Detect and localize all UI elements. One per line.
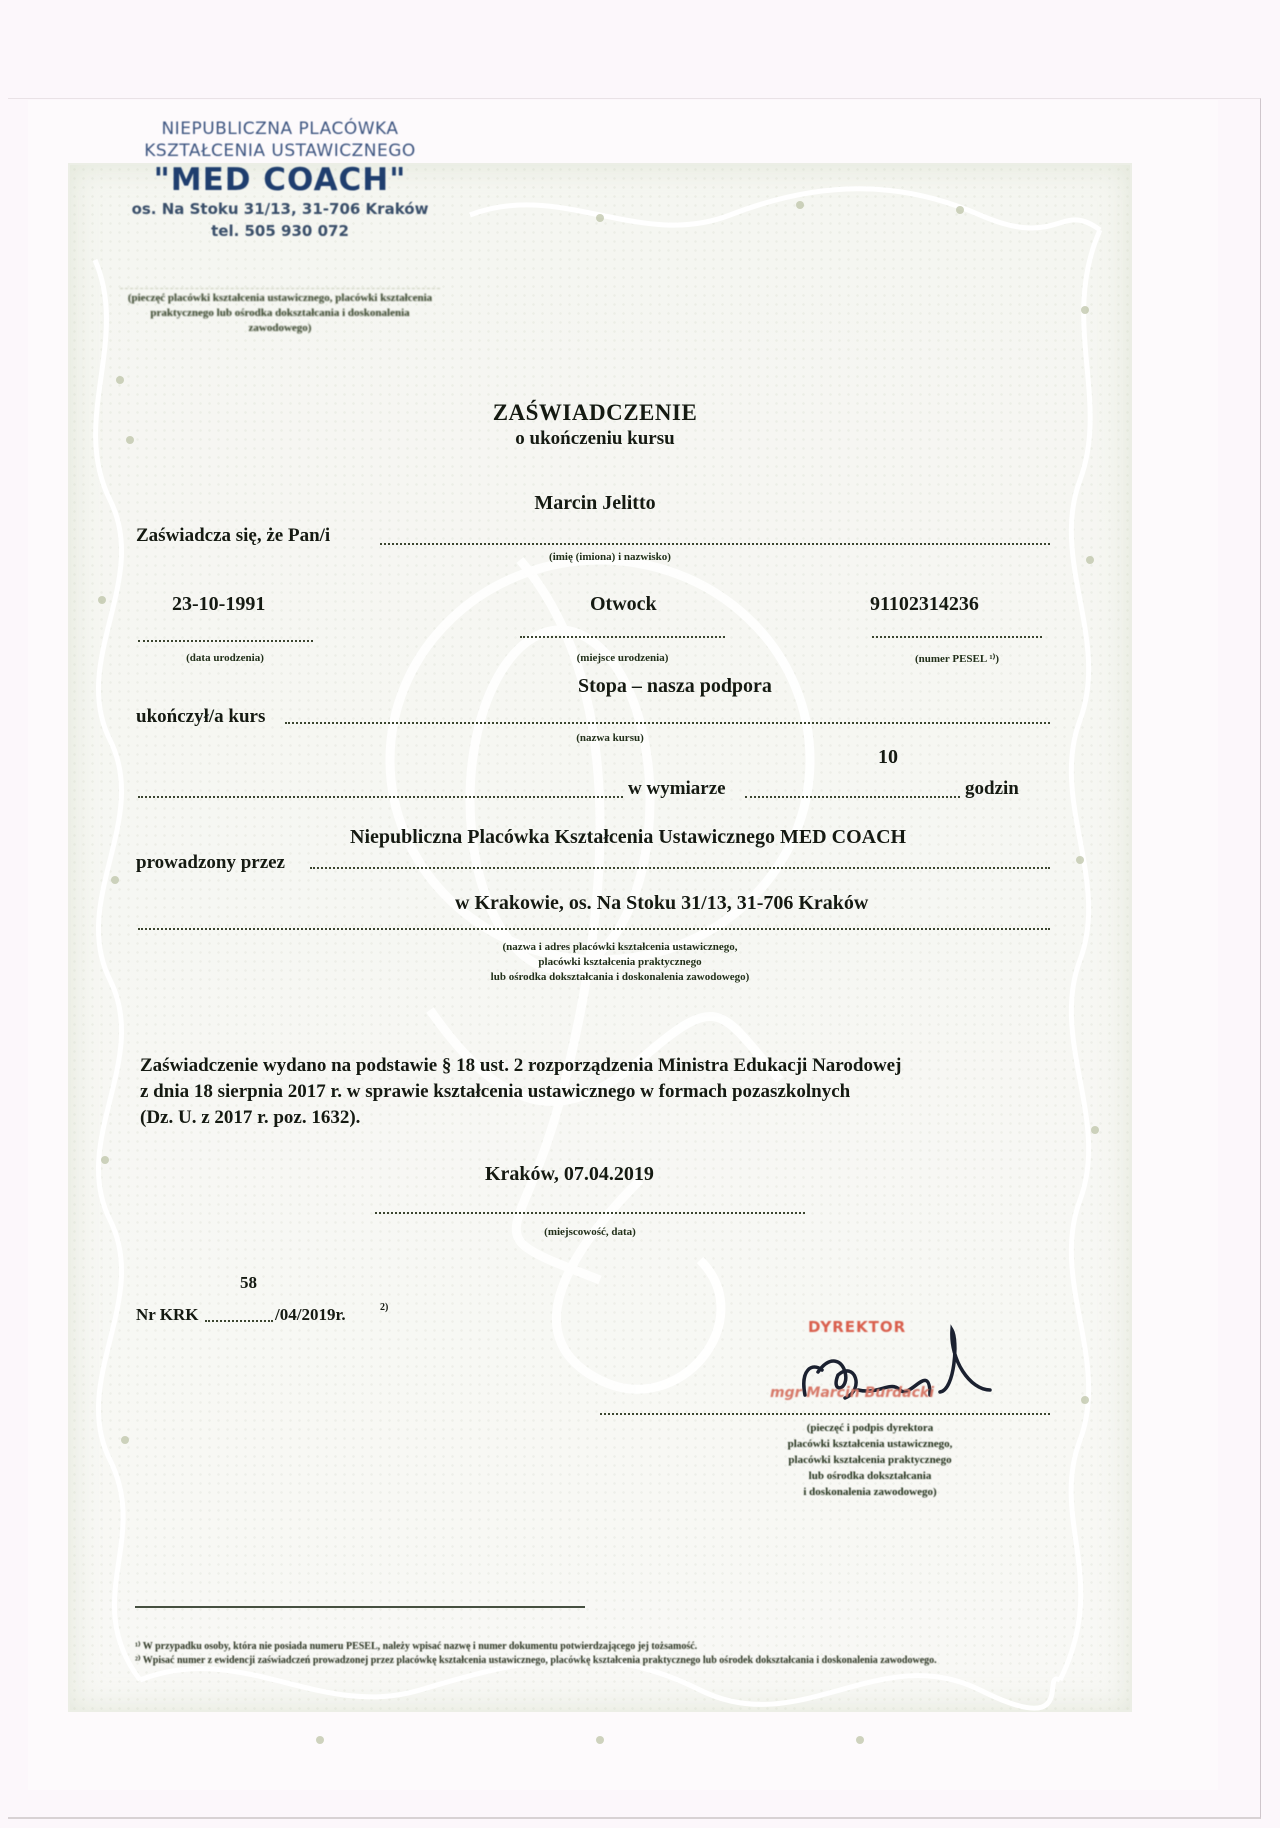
title-main: ZAŚWIADCZENIE xyxy=(0,400,1190,426)
hours-leading-dotted-line xyxy=(138,796,623,798)
provider-caption-line-1: (nazwa i adres placówki kształcenia usta… xyxy=(440,940,800,955)
signature-caption-line-3: placówki kształcenia praktycznego xyxy=(740,1452,1000,1468)
full-name-caption: (imię (imiona) i nazwisko) xyxy=(480,551,740,563)
legal-basis-line-1: Zaświadczenie wydano na podstawie § 18 u… xyxy=(140,1053,1040,1079)
signature-dotted-line xyxy=(600,1413,1050,1415)
hours-suffix-label: godzin xyxy=(965,778,1019,800)
pesel-dotted-line xyxy=(872,636,1042,638)
hours-value: 10 xyxy=(878,746,898,769)
birth-date-dotted-line xyxy=(138,640,313,642)
place-date-caption: (miejscowość, data) xyxy=(500,1226,680,1238)
registry-number-value: 58 xyxy=(240,1273,257,1293)
birth-place-value: Otwock xyxy=(590,593,657,616)
pesel-value: 91102314236 xyxy=(870,593,979,616)
director-stamp-title: DYREKTOR xyxy=(808,1318,906,1336)
signature-caption-line-4: lub ośrodka dokształcania xyxy=(740,1468,1000,1484)
provider-address-value: w Krakowie, os. Na Stoku 31/13, 31-706 K… xyxy=(455,892,868,915)
provider-caption: (nazwa i adres placówki kształcenia usta… xyxy=(440,940,800,985)
course-name-value: Stopa – nasza podpora xyxy=(578,675,772,698)
provider-name-value: Niepubliczna Placówka Kształcenia Ustawi… xyxy=(350,826,906,849)
legal-basis-paragraph: Zaświadczenie wydano na podstawie § 18 u… xyxy=(140,1053,1040,1131)
birth-place-caption: (miejsce urodzenia) xyxy=(520,652,725,664)
provider-name-dotted-line xyxy=(310,867,1050,869)
course-dotted-line xyxy=(285,722,1050,724)
document-title: ZAŚWIADCZENIE o ukończeniu kursu xyxy=(0,400,1190,450)
stamp-caption: (pieczęć placówki kształcenia ustawiczne… xyxy=(120,288,440,336)
provider-caption-line-3: lub ośrodka dokształcania i doskonalenia… xyxy=(440,970,800,985)
footnote-2: ²⁾ Wpisać numer z ewidencji zaświadczeń … xyxy=(135,1654,1035,1668)
stamp-line-2: KSZTAŁCENIA USTAWICZNEGO xyxy=(90,140,470,162)
place-date-dotted-line xyxy=(375,1212,805,1214)
registry-suffix: /04/2019r. xyxy=(275,1305,346,1325)
intro-label: Zaświadcza się, że Pan/i xyxy=(136,525,330,547)
birth-date-value: 23-10-1991 xyxy=(172,593,265,616)
hours-prefix-label: w wymiarze xyxy=(628,778,726,800)
signature-caption-line-2: placówki kształcenia ustawicznego, xyxy=(740,1436,1000,1452)
course-name-caption: (nazwa kursu) xyxy=(540,732,680,744)
footnote-separator xyxy=(135,1606,585,1608)
stamp-institution-name: "MED COACH" xyxy=(90,162,470,198)
signature-caption: (pieczęć i podpis dyrektora placówki ksz… xyxy=(740,1420,1000,1500)
provider-address-dotted-line xyxy=(138,928,1050,930)
legal-basis-line-3: (Dz. U. z 2017 r. poz. 1632). xyxy=(140,1105,1040,1131)
registry-footnote-mark: 2) xyxy=(380,1302,388,1313)
institution-stamp: NIEPUBLICZNA PLACÓWKA KSZTAŁCENIA USTAWI… xyxy=(90,118,470,242)
stamp-address: os. Na Stoku 31/13, 31-706 Kraków xyxy=(90,198,470,220)
stamp-phone: tel. 505 930 072 xyxy=(90,220,470,242)
place-date-value: Kraków, 07.04.2019 xyxy=(485,1163,654,1186)
registry-label: Nr KRK xyxy=(136,1305,199,1325)
conducted-label: prowadzony przez xyxy=(136,852,285,874)
name-dotted-line xyxy=(380,543,1050,545)
hours-dotted-line xyxy=(745,796,960,798)
signature-caption-line-5: i doskonalenia zawodowego) xyxy=(740,1484,1000,1500)
provider-caption-line-2: placówki kształcenia praktycznego xyxy=(440,955,800,970)
title-sub: o ukończeniu kursu xyxy=(0,428,1190,450)
completed-label: ukończył/a kurs xyxy=(136,706,265,728)
footnote-1: ¹⁾ W przypadku osoby, która nie posiada … xyxy=(135,1640,1035,1654)
signature-caption-line-1: (pieczęć i podpis dyrektora xyxy=(740,1420,1000,1436)
director-stamp-name: mgr Marcin Burdacki xyxy=(770,1385,934,1401)
registry-dotted-line xyxy=(205,1320,273,1322)
stamp-line-1: NIEPUBLICZNA PLACÓWKA xyxy=(90,118,470,140)
pesel-caption: (numer PESEL ¹⁾) xyxy=(872,652,1042,665)
full-name-value: Marcin Jelitto xyxy=(0,492,1190,515)
footnotes: ¹⁾ W przypadku osoby, która nie posiada … xyxy=(135,1640,1035,1668)
birth-place-dotted-line xyxy=(520,636,725,638)
legal-basis-line-2: z dnia 18 sierpnia 2017 r. w sprawie ksz… xyxy=(140,1079,1040,1105)
birth-date-caption: (data urodzenia) xyxy=(140,652,310,664)
